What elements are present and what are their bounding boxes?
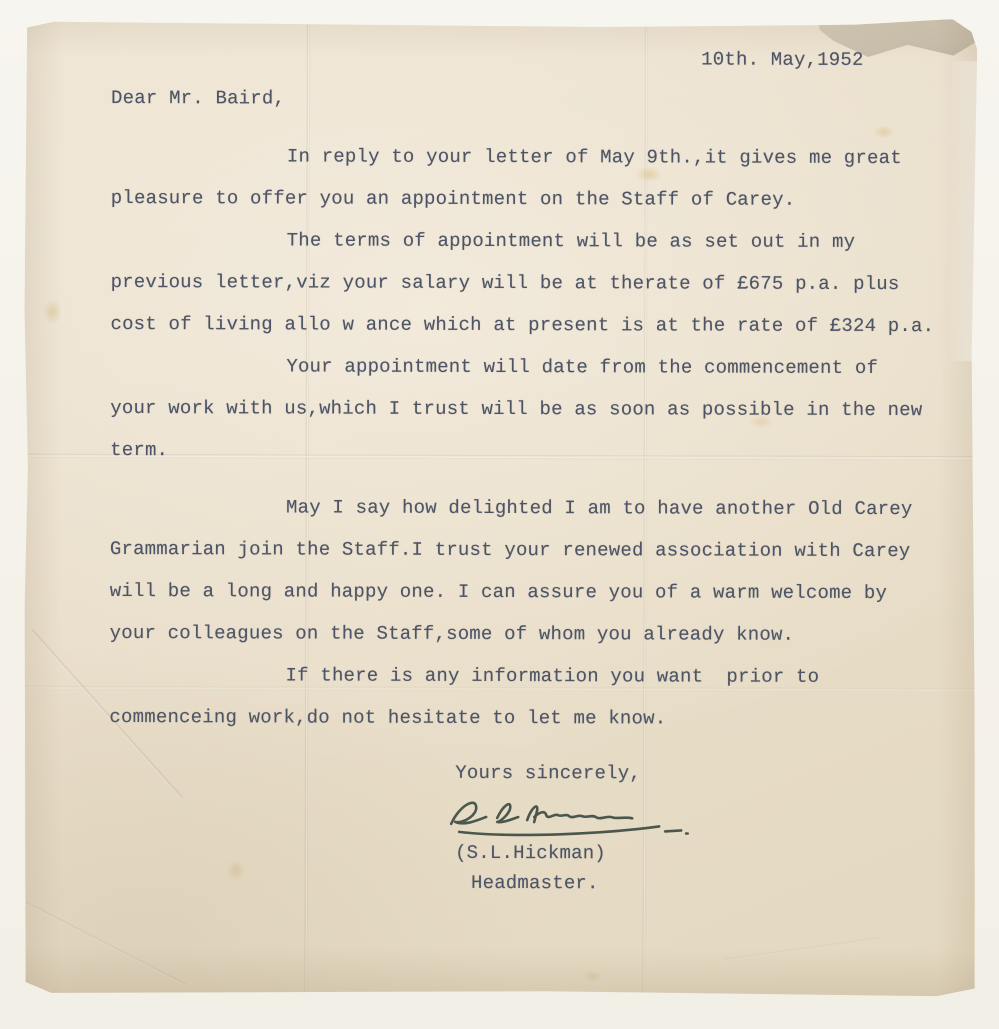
letter-paper: 10th. May,1952 Dear Mr. Baird, In reply … [23,17,978,997]
letter-line: your work with us,which I trust will be … [110,387,936,431]
letter-line: The terms of appointment will be as set … [111,219,937,263]
letter-line: In reply to your letter of May 9th.,it g… [111,135,937,179]
letter-line: your colleagues on the Staff,some of who… [110,612,936,656]
letter-line: pleasure to offer you an appointment on … [111,177,937,221]
letter-line: cost of living allo w ance which at pres… [110,303,936,347]
letter-line: term. [110,429,936,473]
signature-icon [427,784,717,851]
letter-line: Grammarian join the Staff.I trust your r… [110,528,936,572]
letter-line: May I say how delighted I am to have ano… [110,486,936,530]
letter-line: If there is any information you want pri… [110,654,936,698]
scanned-letter-page: 10th. May,1952 Dear Mr. Baird, In reply … [0,0,999,1029]
letter-body: In reply to your letter of May 9th.,it g… [109,135,937,740]
letter-line: Your appointment will date from the comm… [110,345,936,389]
signed-name: (S.L.Hickman) [455,842,606,864]
letter-text: 10th. May,1952 Dear Mr. Baird, In reply … [23,17,978,997]
salutation: Dear Mr. Baird, [111,87,285,109]
signed-title: Headmaster. [471,872,599,894]
signature-block [427,784,717,851]
letter-date: 10th. May,1952 [701,49,863,71]
letter-line: will be a long and happy one. I can assu… [110,570,936,614]
letter-line: commenceing work,do not hesitate to let … [109,696,935,740]
letter-line: previous letter,viz your salary will be … [111,261,937,305]
closing-line: Yours sincerely, [455,762,641,784]
